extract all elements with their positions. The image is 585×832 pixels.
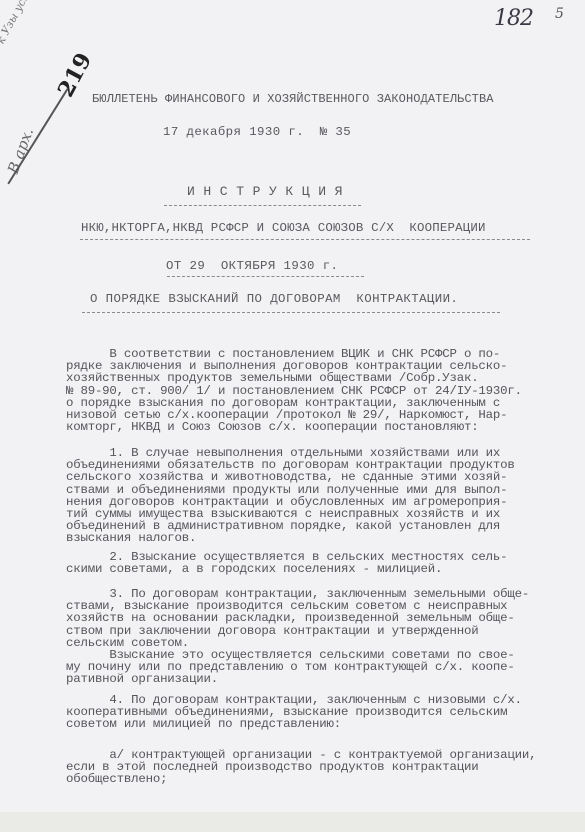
document-subject: О ПОРЯДКЕ ВЗЫСКАНИЙ ПО ДОГОВОРАМ КОНТРАК…: [90, 293, 458, 305]
bulletin-title: БЮЛЛЕТЕНЬ ФИНАНСОВОГО И ХОЗЯЙСТВЕННОГО З…: [92, 93, 494, 105]
handwritten-page-mark: 5: [555, 6, 564, 22]
paragraph-1-line: сельского хозяйства и животноводства, не…: [66, 471, 507, 483]
preamble-line: № 89-90, ст. 900/ 1/ и постановлением СН…: [66, 385, 522, 397]
document-type-title: И Н С Т Р У К Ц И Я: [187, 186, 343, 198]
preamble-line: комторг, НКВД и Союз Союзов с/х. коопера…: [66, 421, 478, 433]
scan-edge: [0, 812, 585, 832]
paragraph-4-line: советом или милицией по представлению:: [66, 718, 341, 730]
paragraph-3-line: ративной организации.: [66, 673, 218, 685]
issue-date: 17 декабря 1930 г. № 35: [163, 126, 351, 138]
paragraph-3-line: хозяйств на основании раскладки, произве…: [66, 612, 515, 624]
paragraph-1-line: ствами и объединениями продукты или полу…: [66, 484, 507, 496]
issuers-underline: [80, 239, 530, 240]
paragraph-2-line: скими советами, а в городских поселениях…: [66, 563, 442, 575]
date-underline: [167, 276, 364, 277]
paragraph-3-line: ством при заключении договора контрактац…: [66, 625, 478, 637]
document-date: ОТ 29 ОКТЯБРЯ 1930 г.: [166, 260, 338, 272]
title-underline: [164, 205, 361, 206]
preamble-line: хозяйственных продуктов земельными общес…: [66, 372, 478, 384]
handwritten-page-number: 182: [494, 6, 533, 31]
paragraph-1-line: взыскания налогов.: [66, 532, 196, 544]
paragraph-4a-line: обобществлено;: [66, 773, 167, 785]
subject-underline: [82, 312, 500, 313]
document-issuers: НКЮ,НКТОРГА,НКВД РСФСР И СОЮЗА СОЮЗОВ С/…: [81, 222, 486, 234]
